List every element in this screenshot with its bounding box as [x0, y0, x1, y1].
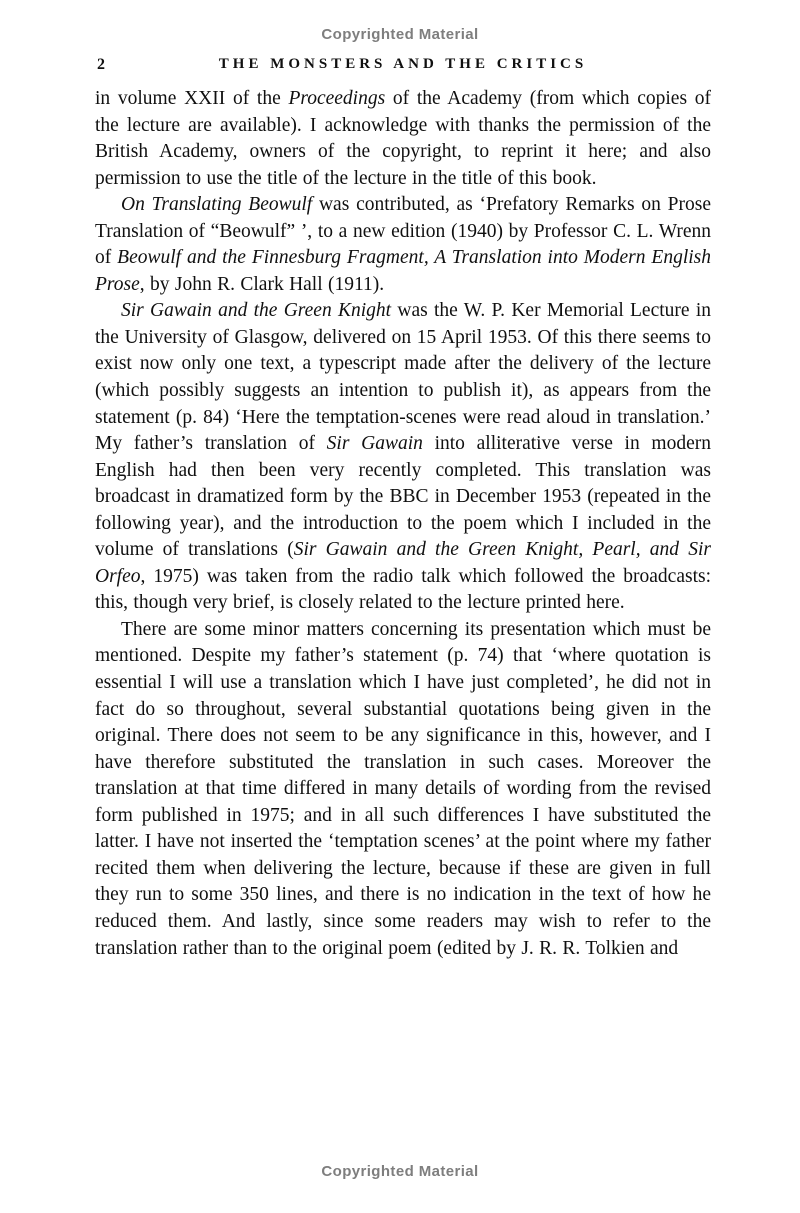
title-italic: On Translating Beowulf — [121, 194, 312, 215]
page-header: 2 THE MONSTERS AND THE CRITICS — [95, 56, 711, 78]
title-italic: Sir Gawain and the Green Knight — [121, 300, 391, 321]
text-run: was the W. P. Ker Memorial Lecture in th… — [95, 300, 711, 454]
paragraph: On Translating Beowulf was contributed, … — [95, 192, 711, 298]
copyright-notice-bottom: Copyrighted Material — [0, 1163, 800, 1180]
copyright-notice-top: Copyrighted Material — [0, 26, 800, 43]
paragraph: in volume XXII of the Proceedings of the… — [95, 86, 711, 192]
book-page: Copyrighted Material 2 THE MONSTERS AND … — [0, 0, 800, 1213]
text-run: , 1975) was taken from the radio talk wh… — [95, 566, 711, 614]
title-italic: Proceedings — [288, 88, 385, 109]
text-run: There are some minor matters concerning … — [95, 619, 711, 959]
paragraph: Sir Gawain and the Green Knight was the … — [95, 298, 711, 617]
text-run: , by John R. Clark Hall (1911). — [140, 274, 384, 295]
text-run: in volume XXII of the — [95, 88, 288, 109]
paragraph: There are some minor matters concerning … — [95, 617, 711, 962]
body-text: in volume XXII of the Proceedings of the… — [95, 86, 711, 962]
running-head: THE MONSTERS AND THE CRITICS — [95, 56, 711, 73]
title-italic: Sir Gawain — [327, 433, 423, 454]
